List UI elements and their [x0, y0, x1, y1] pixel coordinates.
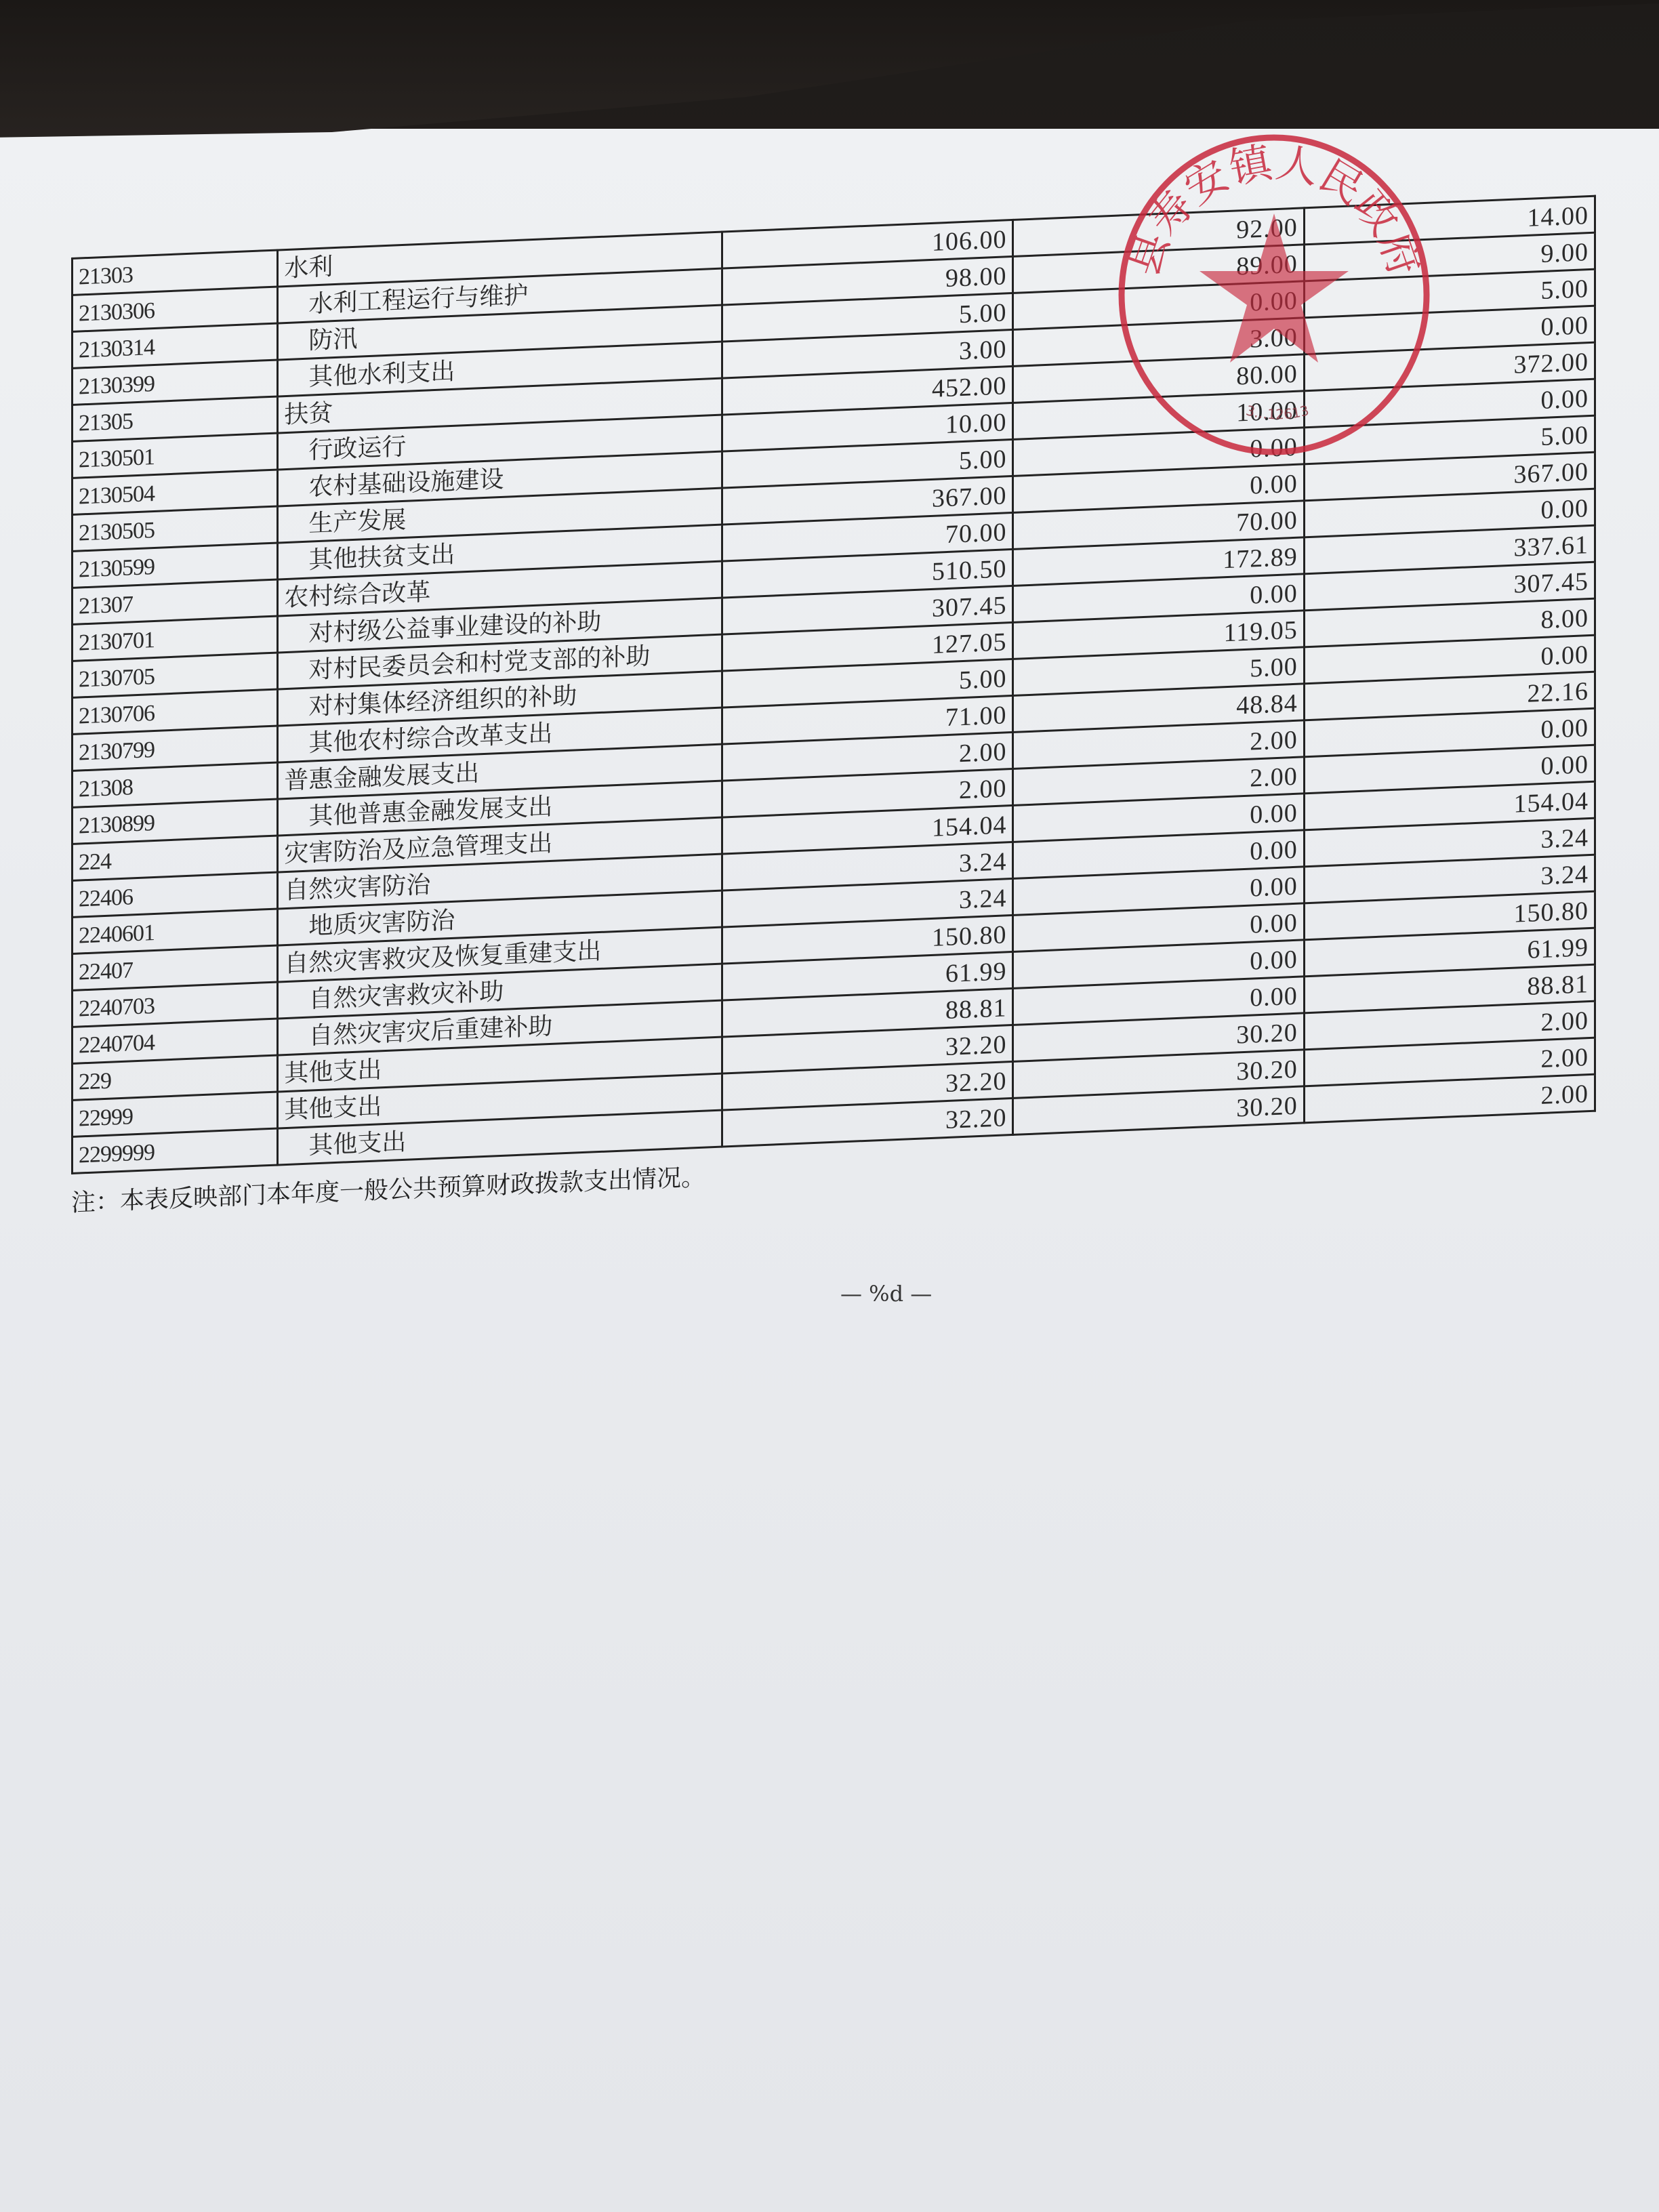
code-cell: 2299999 — [73, 1128, 278, 1173]
page-number: — %d — — [840, 1281, 932, 1307]
budget-document: 21303水利106.0092.0014.002130306水利工程运行与维护9… — [71, 195, 1596, 1218]
budget-expenditure-table: 21303水利106.0092.0014.002130306水利工程运行与维护9… — [71, 195, 1596, 1174]
